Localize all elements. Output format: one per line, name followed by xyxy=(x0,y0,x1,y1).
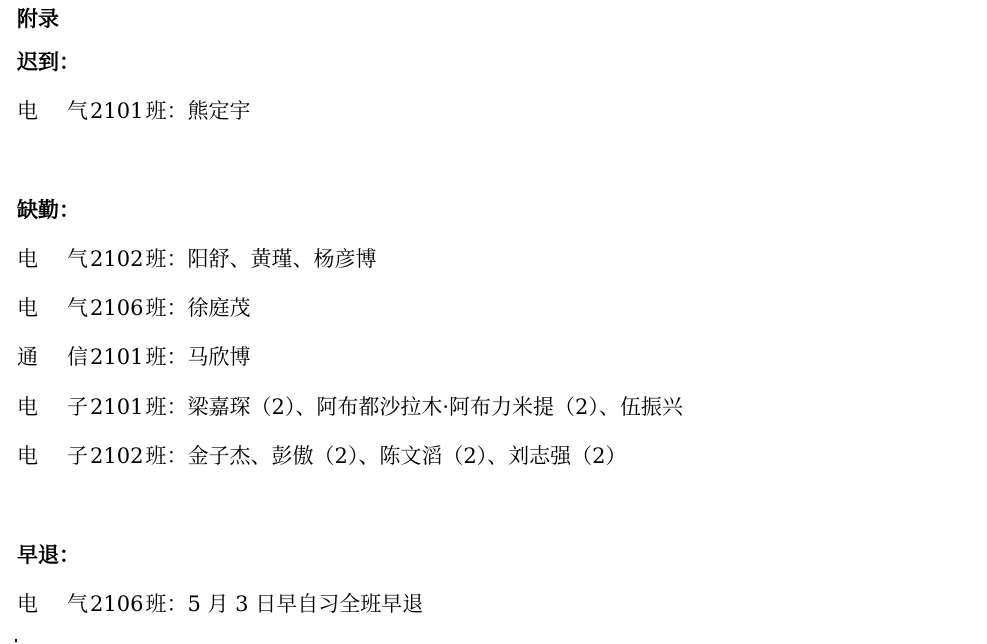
class-number: 2106 xyxy=(90,290,143,326)
dept-char-1: 电 xyxy=(17,389,67,425)
section-heading-late: 迟到： xyxy=(17,37,977,86)
separator: ： xyxy=(166,241,187,277)
document-body: 附录 迟到： 电气2101班 ：熊定宇 缺勤： 电气2102班 ：阳舒、黄瑾、杨… xyxy=(17,0,977,629)
record-content: 梁嘉琛（2）、阿布都沙拉木·阿布力米提（2）、伍振兴 xyxy=(187,389,682,425)
class-suffix: 班 xyxy=(145,339,166,375)
separator: ： xyxy=(166,339,187,375)
class-number: 2101 xyxy=(90,93,143,129)
dept-char-1: 电 xyxy=(17,93,67,129)
dept-char-2: 气 xyxy=(67,93,88,129)
record-content: 熊定宇 xyxy=(187,93,250,129)
record-row: 电子2102班 ：金子杰、彭傲（2）、陈文滔（2）、刘志强（2） xyxy=(17,431,977,480)
separator: ： xyxy=(166,586,187,622)
class-number: 2101 xyxy=(90,339,143,375)
dept-char-1: 电 xyxy=(17,241,67,277)
class-suffix: 班 xyxy=(145,290,166,326)
section-heading-early-leave: 早退： xyxy=(17,530,977,579)
dept-char-2: 气 xyxy=(67,290,88,326)
class-label: 通信2101班 xyxy=(17,339,166,375)
record-row: 通信2101班 ：马欣博 xyxy=(17,333,977,382)
record-row: 电子2101班 ：梁嘉琛（2）、阿布都沙拉木·阿布力米提（2）、伍振兴 xyxy=(17,382,977,431)
class-label: 电气2106班 xyxy=(17,290,166,326)
separator: ： xyxy=(166,290,187,326)
record-content: 金子杰、彭傲（2）、陈文滔（2）、刘志强（2） xyxy=(187,438,626,474)
dept-char-2: 信 xyxy=(67,339,88,375)
class-number: 2106 xyxy=(90,586,143,622)
record-content: 徐庭茂 xyxy=(187,290,250,326)
record-content: 阳舒、黄瑾、杨彦博 xyxy=(187,241,376,277)
dept-char-1: 通 xyxy=(17,339,67,375)
section-heading-absent: 缺勤： xyxy=(17,185,977,234)
class-label: 电气2101班 xyxy=(17,93,166,129)
dept-char-2: 子 xyxy=(67,389,88,425)
class-suffix: 班 xyxy=(145,389,166,425)
text-cursor-mark xyxy=(15,639,17,642)
separator: ： xyxy=(166,93,187,129)
record-row: 电气2101班 ：熊定宇 xyxy=(17,86,977,135)
class-suffix: 班 xyxy=(145,438,166,474)
class-number: 2102 xyxy=(90,438,143,474)
class-label: 电子2102班 xyxy=(17,438,166,474)
record-row: 电气2106班 ：徐庭茂 xyxy=(17,283,977,332)
class-label: 电气2106班 xyxy=(17,586,166,622)
class-number: 2101 xyxy=(90,389,143,425)
record-content: 5 月 3 日早自习全班早退 xyxy=(187,586,423,622)
class-label: 电子2101班 xyxy=(17,389,166,425)
dept-char-2: 气 xyxy=(67,241,88,277)
dept-char-1: 电 xyxy=(17,290,67,326)
dept-char-1: 电 xyxy=(17,438,67,474)
class-suffix: 班 xyxy=(145,586,166,622)
record-content: 马欣博 xyxy=(187,339,250,375)
separator: ： xyxy=(166,389,187,425)
dept-char-2: 气 xyxy=(67,586,88,622)
dept-char-1: 电 xyxy=(17,586,67,622)
class-label: 电气2102班 xyxy=(17,241,166,277)
record-row: 电气2102班 ：阳舒、黄瑾、杨彦博 xyxy=(17,234,977,283)
dept-char-2: 子 xyxy=(67,438,88,474)
class-number: 2102 xyxy=(90,241,143,277)
blank-line xyxy=(17,481,977,530)
class-suffix: 班 xyxy=(145,93,166,129)
blank-line xyxy=(17,136,977,185)
record-row: 电气2106班 ：5 月 3 日早自习全班早退 xyxy=(17,579,977,628)
class-suffix: 班 xyxy=(145,241,166,277)
separator: ： xyxy=(166,438,187,474)
appendix-title: 附录 xyxy=(17,0,977,37)
